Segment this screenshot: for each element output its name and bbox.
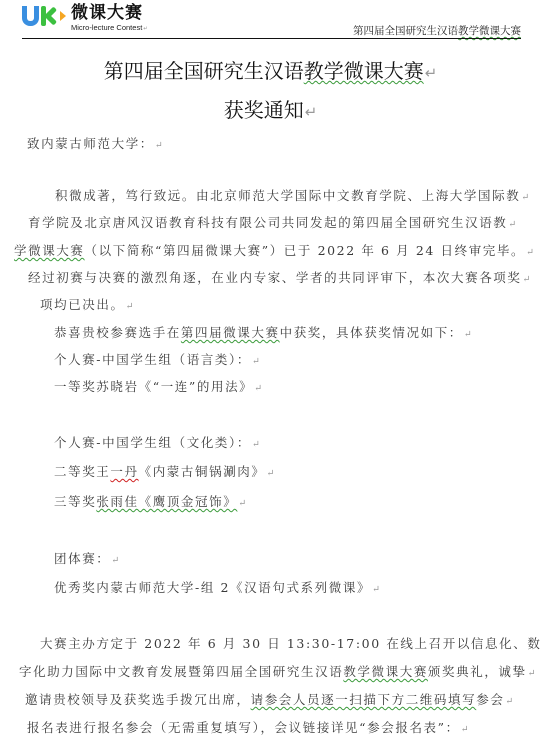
ceremony-line-2: 字化助力国际中文教育发展暨第四届全国研究生汉语教学微课大赛颁奖典礼，诚挚↵ [19, 662, 537, 680]
document-title: 第四届全国研究生汉语教学微课大赛↵ [0, 55, 541, 84]
congrats-line: 恭喜贵校参赛选手在第四届微课大赛中获奖，具体获奖情况如下：↵ [54, 323, 473, 341]
contest-logo: 微课大赛 Micro-lecture Contest↵ [22, 4, 148, 34]
header-divider [22, 38, 521, 39]
body-line-5: 项均已决出。↵ [40, 295, 135, 313]
logo-k-shape [41, 6, 57, 26]
group2-award-1: 二等奖王一丹《内蒙古铜锅涮肉》↵ [54, 462, 276, 480]
play-arrow-icon [60, 11, 66, 21]
logo-u-shape [22, 6, 39, 26]
document-header: 微课大赛 Micro-lecture Contest↵ 第四届全国研究生汉语教学… [0, 0, 541, 42]
ceremony-line-3: 邀请贵校领导及获奖选手拨冗出席，请参会人员逐一扫描下方二维码填写参会↵ [25, 690, 515, 708]
team-heading: 团体赛：↵ [54, 549, 121, 567]
team-award: 优秀奖内蒙古师范大学-组 2《汉语句式系列微课》↵ [54, 578, 382, 596]
uk-logo-icon [22, 4, 66, 28]
body-line-2: 育学院及北京唐风汉语教育科技有限公司共同发起的第四届全国研究生汉语教↵ [28, 213, 518, 231]
logo-english-text: Micro-lecture Contest↵ [71, 23, 148, 34]
document-subtitle: 获奖通知↵ [0, 94, 541, 123]
body-line-4: 经过初赛与决赛的激烈角逐，在业内专家、学者的共同评审下，本次大赛各项奖↵ [28, 268, 532, 286]
body-line-1: 积微成著，笃行致远。由北京师范大学国际中文教育学院、上海大学国际教↵ [55, 186, 531, 204]
logo-chinese-text: 微课大赛 [71, 4, 148, 23]
ceremony-line-4: 报名表进行报名参会（无需重复填写），会议链接详见“参会报名表”：↵ [27, 718, 470, 736]
group1-award-1: 一等奖苏晓岩《“一连”的用法》↵ [54, 377, 264, 395]
ceremony-line-1: 大赛主办方定于 2022 年 6 月 30 日 13:30-17:00 在线上召… [40, 634, 541, 652]
header-contest-title: 第四届全国研究生汉语教学微课大赛 [353, 23, 521, 38]
salutation: 致内蒙古师范大学：↵ [27, 134, 164, 152]
body-line-3: 学微课大赛（以下简称“第四届微课大赛”）已于 2022 年 6 月 24 日终审… [14, 241, 536, 259]
group1-heading: 个人赛-中国学生组（语言类）：↵ [54, 350, 261, 368]
group2-award-2: 三等奖张雨佳《鹰顶金冠饰》↵ [54, 492, 248, 510]
group2-heading: 个人赛-中国学生组（文化类）：↵ [54, 433, 261, 451]
